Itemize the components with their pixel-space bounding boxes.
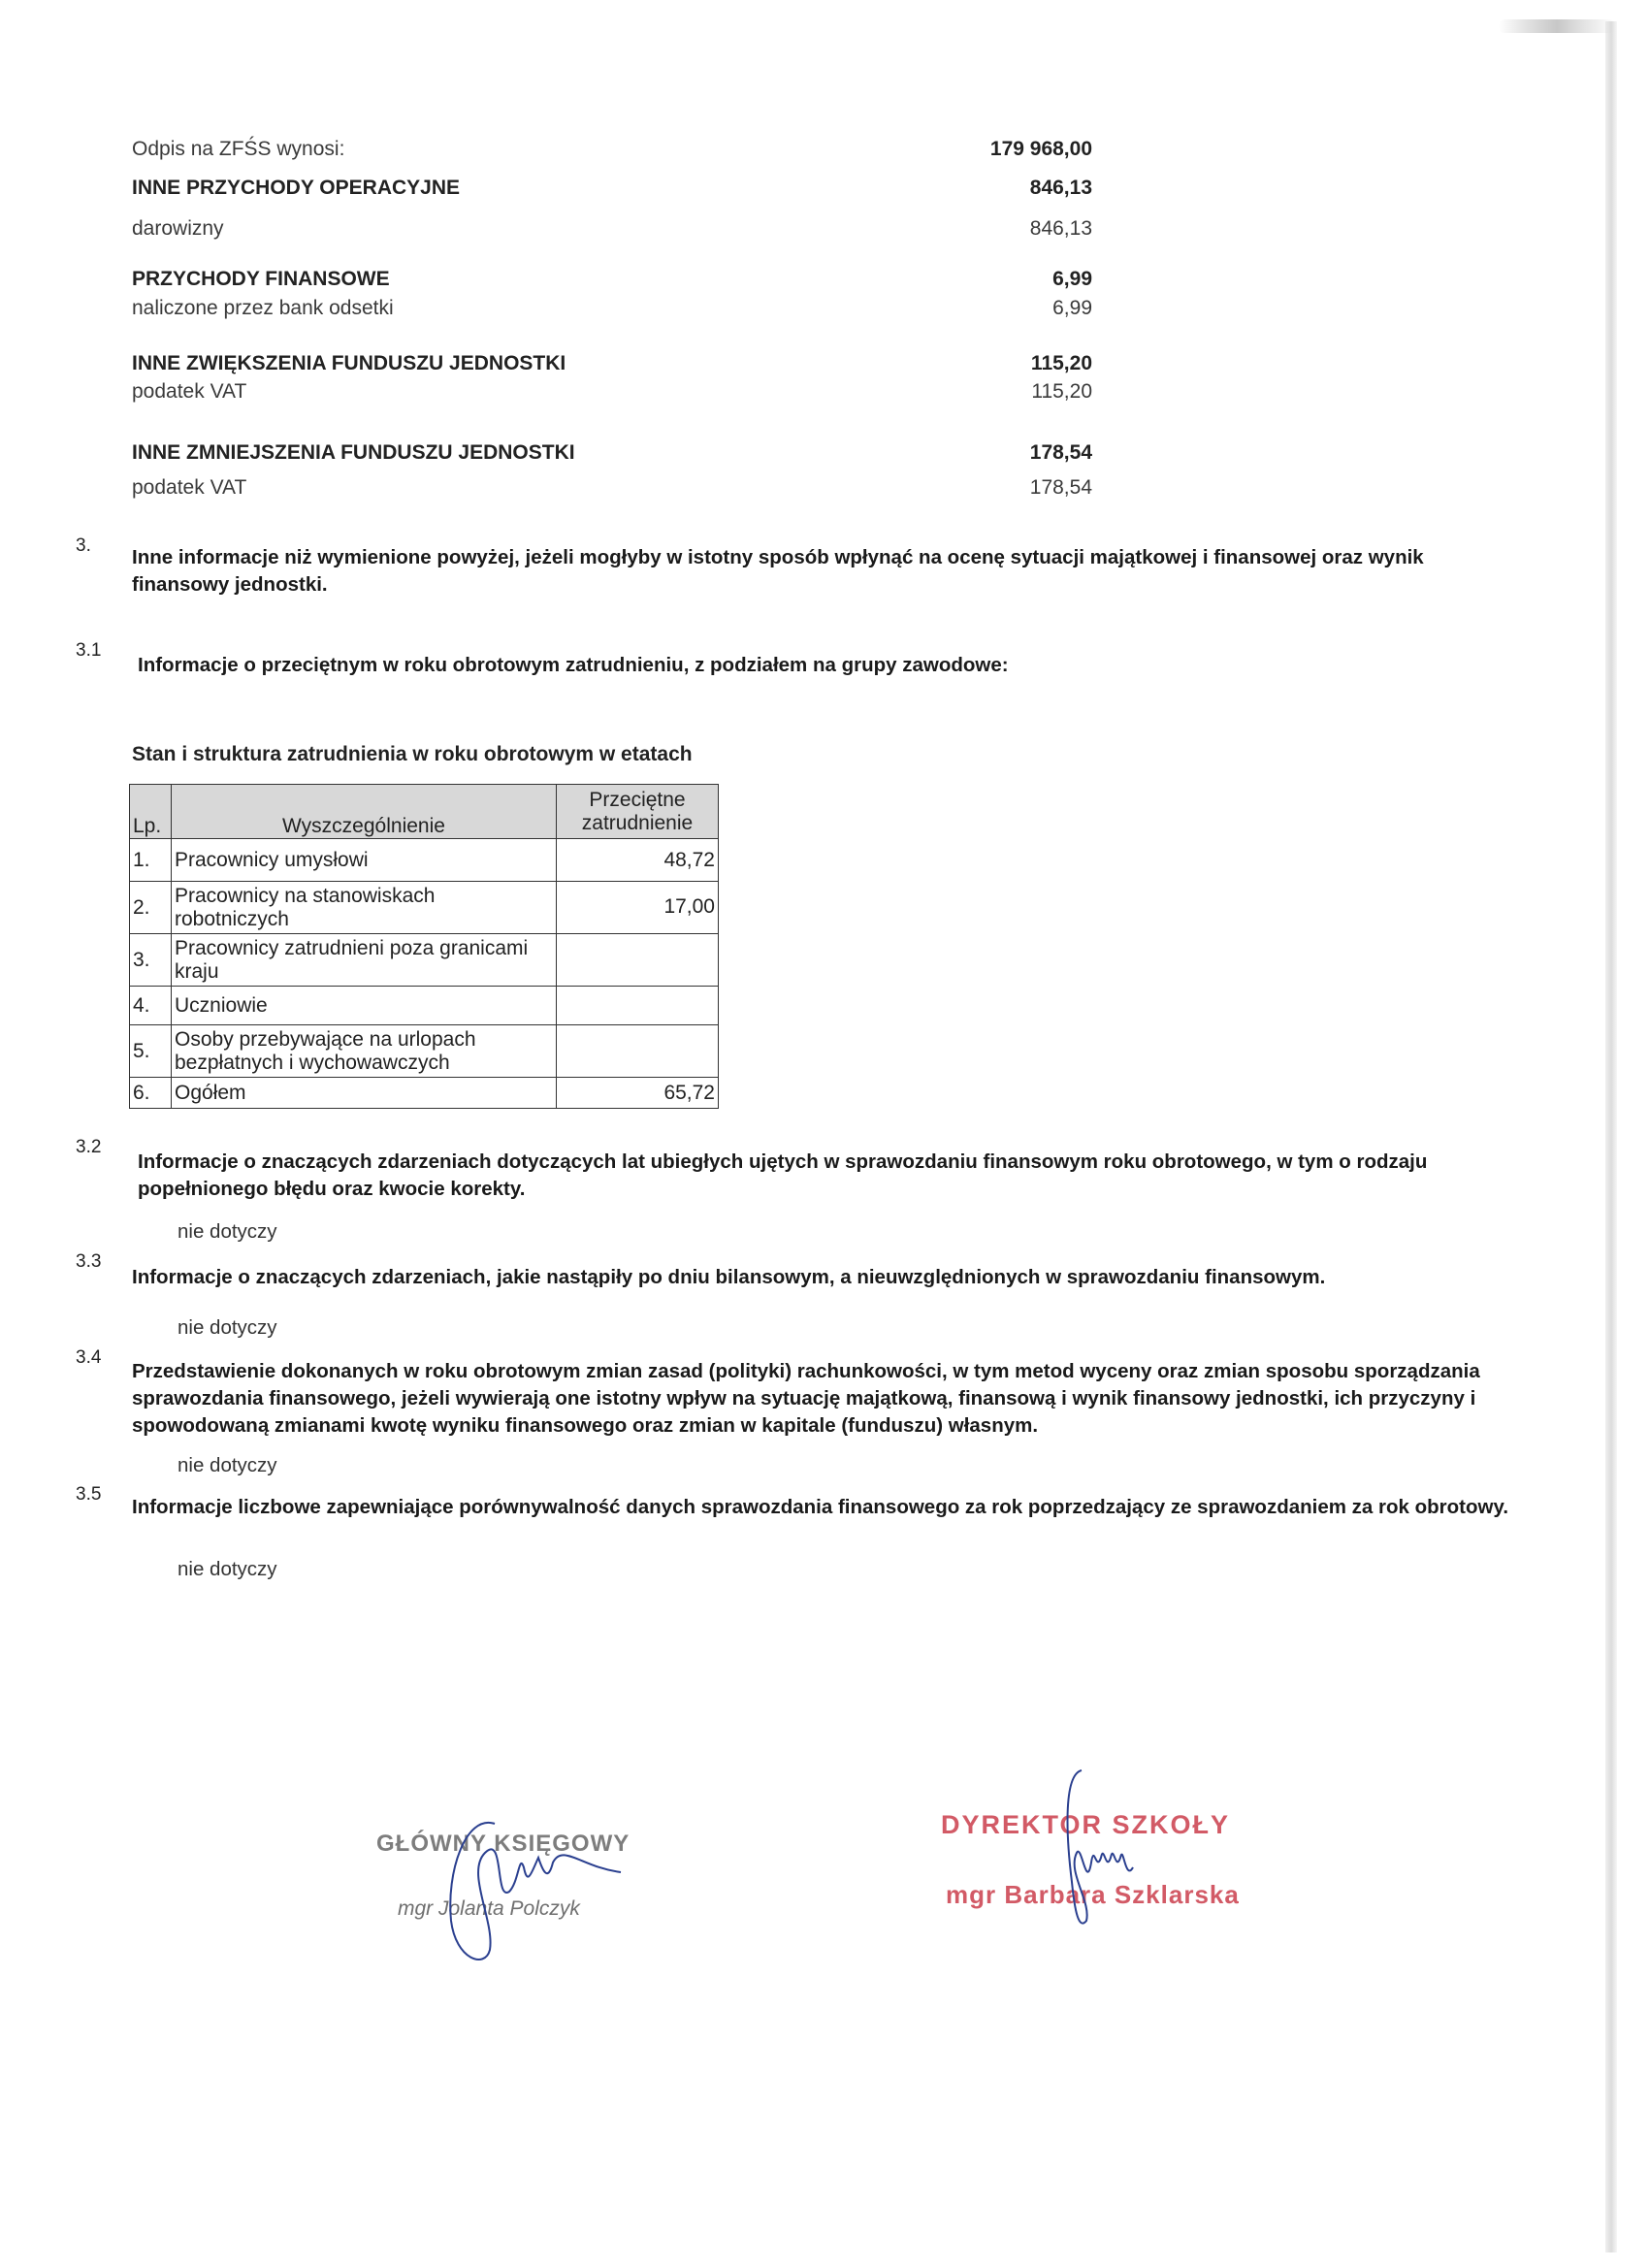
employment-table-title: Stan i struktura zatrudnienia w roku obr… xyxy=(132,743,693,766)
section-note-3-3: nie dotyczy xyxy=(178,1316,277,1340)
financial-label: podatek VAT xyxy=(132,380,246,404)
section-number: 3.2 xyxy=(76,1137,101,1158)
cell-lp: 6. xyxy=(130,1078,172,1109)
financial-value: 846,13 xyxy=(1030,217,1092,241)
section-number: 3.3 xyxy=(76,1251,101,1273)
section-heading-3-2: Informacje o znaczących zdarzeniach doty… xyxy=(138,1149,1515,1203)
table-row: 1. Pracownicy umysłowi 48,72 xyxy=(130,839,719,882)
section-number: 3.4 xyxy=(76,1347,101,1369)
cell-value xyxy=(557,934,719,987)
cell-value: 17,00 xyxy=(557,882,719,934)
financial-row-zfss: Odpis na ZFŚS wynosi: 179 968,00 xyxy=(132,138,1092,161)
financial-row-financial-income: PRZYCHODY FINANSOWE 6,99 xyxy=(132,268,1092,291)
cell-lp: 5. xyxy=(130,1025,172,1078)
cell-lp: 3. xyxy=(130,934,172,987)
cell-description: Ogółem xyxy=(172,1078,557,1109)
financial-label: INNE PRZYCHODY OPERACYJNE xyxy=(132,177,460,200)
cell-lp: 1. xyxy=(130,839,172,882)
section-heading-3-5: Informacje liczbowe zapewniające porówny… xyxy=(132,1494,1509,1521)
financial-label: Odpis na ZFŚS wynosi: xyxy=(132,138,344,161)
table-row: 5. Osoby przebywające na urlopach bezpła… xyxy=(130,1025,719,1078)
table-row: 3. Pracownicy zatrudnieni poza granicami… xyxy=(130,934,719,987)
scan-page-edge xyxy=(1605,21,1617,2252)
handwritten-signature-icon xyxy=(1057,1766,1203,1940)
financial-row-bank-interest: naliczone przez bank odsetki 6,99 xyxy=(132,297,1092,320)
financial-value: 6,99 xyxy=(1052,297,1092,320)
employment-table: Lp. Wyszczególnienie Przeciętne zatrudni… xyxy=(129,784,719,1109)
financial-label: naliczone przez bank odsetki xyxy=(132,297,394,320)
financial-label: darowizny xyxy=(132,217,224,241)
financial-value: 115,20 xyxy=(1031,352,1092,375)
cell-description: Osoby przebywające na urlopach bezpłatny… xyxy=(172,1025,557,1078)
financial-row-donations: darowizny 846,13 xyxy=(132,217,1092,241)
cell-lp: 4. xyxy=(130,987,172,1025)
financial-row-fund-decreases: INNE ZMNIEJSZENIA FUNDUSZU JEDNOSTKI 178… xyxy=(132,441,1092,465)
table-row-total: 6. Ogółem 65,72 xyxy=(130,1078,719,1109)
section-number: 3.1 xyxy=(76,640,101,662)
financial-label: INNE ZWIĘKSZENIA FUNDUSZU JEDNOSTKI xyxy=(132,352,566,375)
section-heading-3-1: Informacje o przeciętnym w roku obrotowy… xyxy=(138,652,1496,679)
financial-value: 6,99 xyxy=(1052,268,1092,291)
cell-description: Pracownicy umysłowi xyxy=(172,839,557,882)
financial-label: INNE ZMNIEJSZENIA FUNDUSZU JEDNOSTKI xyxy=(132,441,575,465)
table-header-row: Lp. Wyszczególnienie Przeciętne zatrudni… xyxy=(130,785,719,839)
financial-row-fund-increases: INNE ZWIĘKSZENIA FUNDUSZU JEDNOSTKI 115,… xyxy=(132,352,1092,375)
section-note-3-4: nie dotyczy xyxy=(178,1454,277,1477)
financial-row-other-operating-income: INNE PRZYCHODY OPERACYJNE 846,13 xyxy=(132,177,1092,200)
financial-value: 178,54 xyxy=(1030,476,1092,500)
column-header-lp: Lp. xyxy=(130,785,172,839)
financial-row-vat-increase: podatek VAT 115,20 xyxy=(132,380,1092,404)
section-number: 3. xyxy=(76,535,91,557)
cell-description: Pracownicy na stanowiskach robotniczych xyxy=(172,882,557,934)
section-number: 3.5 xyxy=(76,1484,101,1506)
financial-value: 846,13 xyxy=(1030,177,1092,200)
cell-value: 65,72 xyxy=(557,1078,719,1109)
financial-value: 179 968,00 xyxy=(990,138,1092,161)
section-note-3-5: nie dotyczy xyxy=(178,1558,277,1581)
financial-value: 115,20 xyxy=(1031,380,1092,404)
handwritten-signature-icon xyxy=(427,1814,640,1969)
section-heading-3-4: Przedstawienie dokonanych w roku obrotow… xyxy=(132,1358,1490,1440)
cell-description: Uczniowie xyxy=(172,987,557,1025)
cell-lp: 2. xyxy=(130,882,172,934)
scan-corner-smudge xyxy=(1499,19,1615,33)
table-row: 2. Pracownicy na stanowiskach robotniczy… xyxy=(130,882,719,934)
financial-value: 178,54 xyxy=(1030,441,1092,465)
table-row: 4. Uczniowie xyxy=(130,987,719,1025)
cell-value xyxy=(557,1025,719,1078)
cell-value: 48,72 xyxy=(557,839,719,882)
section-heading-3: Inne informacje niż wymienione powyżej, … xyxy=(132,544,1509,599)
cell-description: Pracownicy zatrudnieni poza granicami kr… xyxy=(172,934,557,987)
section-note-3-2: nie dotyczy xyxy=(178,1220,277,1244)
column-header-average-employment: Przeciętne zatrudnienie xyxy=(557,785,719,839)
financial-label: podatek VAT xyxy=(132,476,246,500)
financial-row-vat-decrease: podatek VAT 178,54 xyxy=(132,476,1092,500)
column-header-description: Wyszczególnienie xyxy=(172,785,557,839)
section-heading-3-3: Informacje o znaczących zdarzeniach, jak… xyxy=(132,1264,1490,1291)
financial-label: PRZYCHODY FINANSOWE xyxy=(132,268,390,291)
cell-value xyxy=(557,987,719,1025)
